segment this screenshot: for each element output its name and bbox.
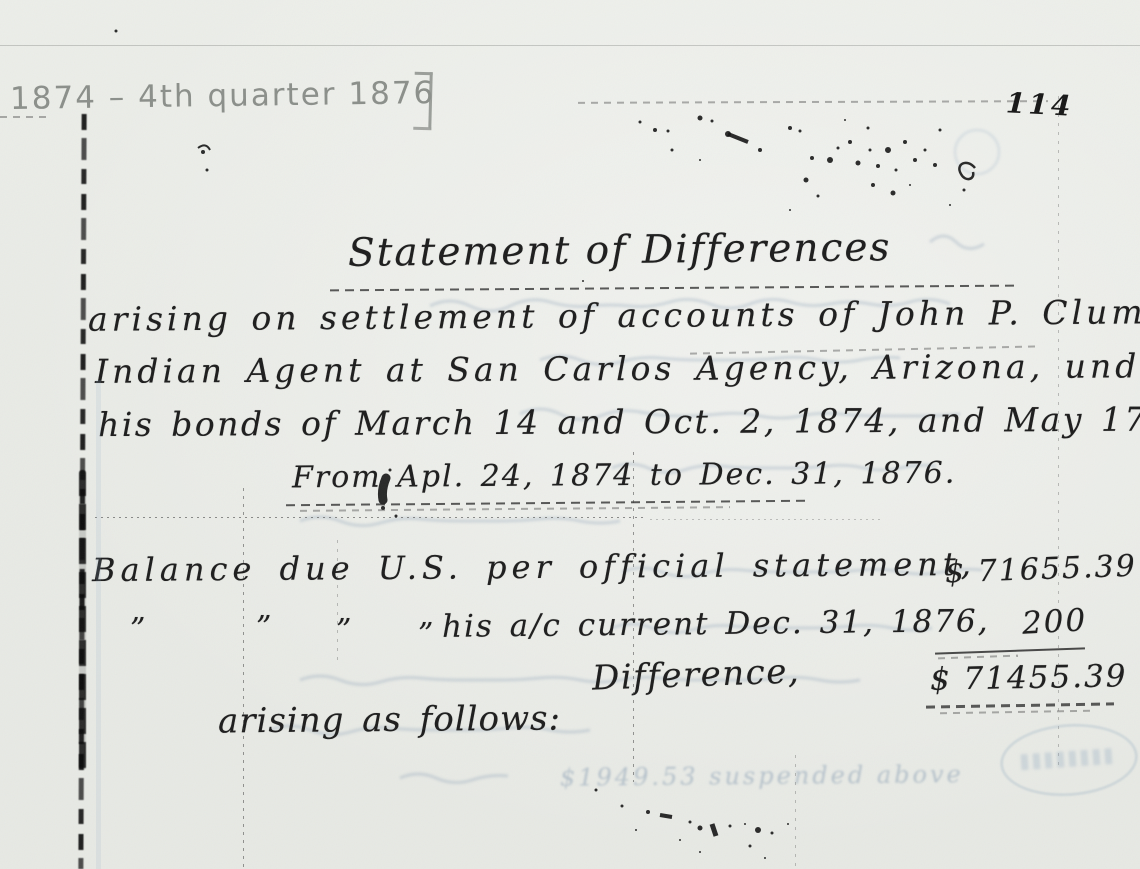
ledger-row1-amount: $ 71655.39 <box>944 549 1137 591</box>
ledger-row4-label: arising as follows: <box>218 699 561 742</box>
body-line-3: his bonds of March 14 and Oct. 2, 1874, … <box>98 399 1140 444</box>
ledger-row2-label: his a/c current Dec. 31, 1876, <box>442 603 990 645</box>
mid-ruled-line <box>95 517 645 518</box>
mid-ruled-line-fragment <box>650 519 880 520</box>
left-margin-rule-heavy <box>79 470 86 770</box>
ditto-mark-4: ” <box>418 617 433 652</box>
ledger-row3-label: Difference, <box>591 651 800 698</box>
ditto-mark-1: ” <box>130 612 145 647</box>
column-rule-right <box>1058 96 1059 766</box>
ledger-row2-amount: 200 <box>1021 602 1088 641</box>
ditto-mark-2: ” <box>256 610 271 645</box>
accountee-name: John P. Clum. <box>878 292 1140 333</box>
ledger-row1-label: Balance due U.S. per official statement, <box>92 545 976 589</box>
document-title: Statement of Differences <box>348 225 892 276</box>
document-page: $1949.53 suspended above 1874 – 4th quar… <box>0 0 1140 869</box>
column-rule-4 <box>795 755 796 869</box>
column-rule-2 <box>337 540 338 660</box>
column-rule-1 <box>243 488 244 869</box>
body-line-1-text: arising on settlement of accounts of <box>88 294 878 339</box>
column-rule-3 <box>633 452 634 782</box>
ledger-blue-rule <box>96 380 101 869</box>
body-line-4: From Apl. 24, 1874 to Dec. 31, 1876. <box>292 456 957 496</box>
body-line-2: Indian Agent at San Carlos Agency, Arizo… <box>95 346 1140 391</box>
ledger-row3-amount: $ 71455.39 <box>930 658 1128 697</box>
ditto-mark-3: ” <box>336 613 351 648</box>
body-line-1: arising on settlement of accounts of Joh… <box>88 292 1140 338</box>
